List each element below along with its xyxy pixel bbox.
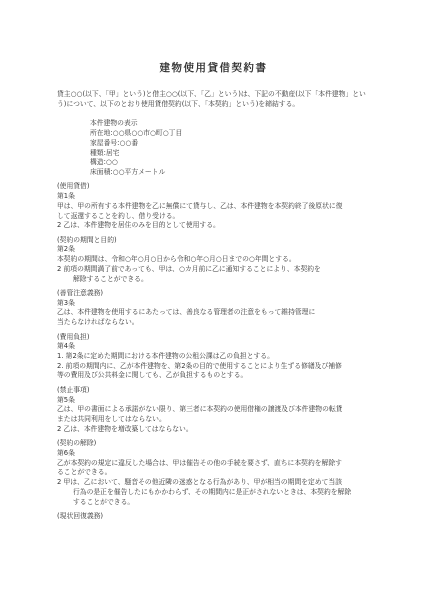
clause-line: 1. 第2条に定めた期間における本件建物の公租公課は乙の負担とする。: [57, 352, 370, 362]
property-line: 構造:○○: [90, 158, 370, 168]
article-number: 第4条: [57, 342, 370, 352]
property-line: 本件建物の表示: [90, 119, 370, 129]
clause-line: または共同利用をしてはならない。: [57, 415, 370, 425]
contract-document: 建物使用貸借契約書 貸主○○(以下、「甲」という)と借主○○(以下、「乙」という…: [0, 0, 425, 600]
property-description-block: 本件建物の表示所在地:○○県○○市○町○丁目家屋番号:○○番種類:居宅構造:○○…: [90, 119, 370, 177]
section-heading: (費用負担): [57, 333, 370, 343]
clause-line: 解除することができる。: [57, 275, 370, 285]
article-number: 第3条: [57, 299, 370, 309]
section-heading: (契約の期間と目的): [57, 236, 370, 246]
contract-section: (現状回復義務): [57, 512, 370, 522]
article-number: 第5条: [57, 396, 370, 406]
clause-line: 行為の是正を催告したにもかかわらず、その期間内に是正がされないときは、本契約を解…: [57, 488, 370, 498]
contract-section: (善管注意義務)第3条乙は、本件建物を使用するにあたっては、善良なる管理者の注意…: [57, 289, 370, 328]
section-heading: (現状回復義務): [57, 512, 370, 522]
property-line: 所在地:○○県○○市○町○丁目: [90, 129, 370, 139]
clause-line: 甲は、甲の所有する本件建物を乙に無償にて貸与し、乙は、本件建物を本契約終了後原状…: [57, 202, 370, 212]
intro-line: う)について、以下のとおり使用貸借契約(以下、「本契約」という)を締結する。: [57, 100, 370, 110]
section-heading: (契約の解除): [57, 439, 370, 449]
clause-line: 当たらなければならない。: [57, 318, 370, 328]
property-line: 床面積:○○平方メートル: [90, 168, 370, 178]
contract-section: (使用貸借)第1条甲は、甲の所有する本件建物を乙に無償にて貸与し、乙は、本件建物…: [57, 182, 370, 231]
contract-section: (費用負担)第4条1. 第2条に定めた期間における本件建物の公租公課は乙の負担と…: [57, 333, 370, 382]
clause-line: して返還することを約し、借り受ける。: [57, 212, 370, 222]
clause-line: 2. 前項の期間内に、乙が本件建物を、第2条の目的で使用することにより生ずる修繕…: [57, 362, 370, 372]
property-line: 家屋番号:○○番: [90, 139, 370, 149]
clause-line: 2 前項の期間満了前であっても、甲は、○カ月前に乙に通知することにより、本契約を: [57, 265, 370, 275]
section-heading: (善管注意義務): [57, 289, 370, 299]
section-heading: (禁止事項): [57, 386, 370, 396]
clause-line: ることができる。: [57, 468, 370, 478]
clause-line: 乙は、本件建物を使用するにあたっては、善良なる管理者の注意をもって維持管理に: [57, 308, 370, 318]
clause-line: 等の費用及び公共料金に関しても、乙が負担するものとする。: [57, 371, 370, 381]
contract-sections: (使用貸借)第1条甲は、甲の所有する本件建物を乙に無償にて貸与し、乙は、本件建物…: [57, 182, 370, 521]
clause-line: 2 甲は、乙において、騒音その他近隣の迷惑となる行為があり、甲が相当の期間を定め…: [57, 478, 370, 488]
document-title: 建物使用貸借契約書: [57, 62, 370, 75]
clause-line: 本契約の期間は、令和○年○月○日から令和○年○月○日までの○年間とする。: [57, 255, 370, 265]
section-heading: (使用貸借): [57, 182, 370, 192]
contract-section: (禁止事項)第5条乙は、甲の書面による承諾がない限り、第三者に本契約の使用借権の…: [57, 386, 370, 435]
contract-section: (契約の期間と目的)第2条本契約の期間は、令和○年○月○日から令和○年○月○日ま…: [57, 236, 370, 285]
property-line: 種類:居宅: [90, 149, 370, 159]
article-number: 第6条: [57, 449, 370, 459]
clause-line: 2 乙は、本件建物を増改築してはならない。: [57, 425, 370, 435]
contract-section: (契約の解除)第6条乙が本契約の規定に違反した場合は、甲は催告その他の手続を要さ…: [57, 439, 370, 507]
article-number: 第2条: [57, 245, 370, 255]
intro-paragraph: 貸主○○(以下、「甲」という)と借主○○(以下、「乙」という)は、下記の不動産(…: [57, 90, 370, 109]
clause-line: することができる。: [57, 498, 370, 508]
clause-line: 乙が本契約の規定に違反した場合は、甲は催告その他の手続を要さず、直ちに本契約を解…: [57, 459, 370, 469]
article-number: 第1条: [57, 192, 370, 202]
intro-line: 貸主○○(以下、「甲」という)と借主○○(以下、「乙」という)は、下記の不動産(…: [57, 90, 370, 100]
clause-line: 2 乙は、本件建物を居住のみを目的として使用する。: [57, 221, 370, 231]
clause-line: 乙は、甲の書面による承諾がない限り、第三者に本契約の使用借権の譲渡及び本件建物の…: [57, 405, 370, 415]
